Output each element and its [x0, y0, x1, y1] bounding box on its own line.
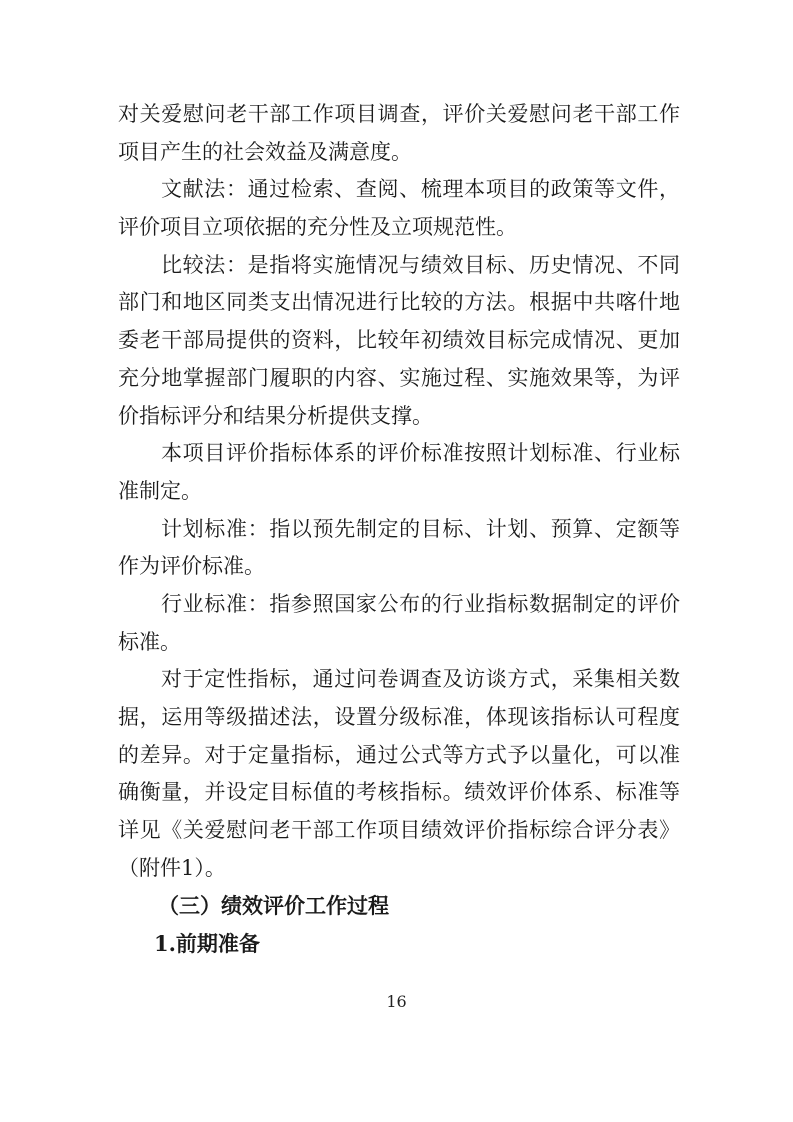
text-line: 文献法：通过检索、查阅、梳理本项目的政策等文件， — [118, 171, 680, 209]
body-text: 对关爱慰问老干部工作项目调查，评价关爱慰问老干部工作 项目产生的社会效益及满意度… — [118, 96, 680, 963]
text-line: 详见《关爱慰问老干部工作项目绩效评价指标综合评分表》 — [118, 812, 680, 850]
text-line: 行业标准：指参照国家公布的行业指标数据制定的评价 — [118, 586, 680, 624]
text-line: 的差异。对于定量指标，通过公式等方式予以量化，可以准 — [118, 737, 680, 775]
text-line: 价指标评分和结果分析提供支撑。 — [118, 398, 680, 436]
text-line: 标准。 — [118, 624, 680, 662]
text-line: 评价项目立项依据的充分性及立项规范性。 — [118, 209, 680, 247]
text-line: 确衡量，并设定目标值的考核指标。绩效评价体系、标准等 — [118, 774, 680, 812]
text-line: 比较法：是指将实施情况与绩效目标、历史情况、不同 — [118, 247, 680, 285]
text-line: 对于定性指标，通过问卷调查及访谈方式，采集相关数 — [118, 661, 680, 699]
section-heading: （三）绩效评价工作过程 — [118, 887, 680, 925]
text-line: 委老干部局提供的资料，比较年初绩效目标完成情况、更加 — [118, 322, 680, 360]
text-line: 部门和地区同类支出情况进行比较的方法。根据中共喀什地 — [118, 284, 680, 322]
text-line: 作为评价标准。 — [118, 548, 680, 586]
page-number: 16 — [0, 992, 793, 1012]
text-line: 本项目评价指标体系的评价标准按照计划标准、行业标 — [118, 435, 680, 473]
text-line: （附件1）。 — [118, 850, 680, 888]
text-line: 计划标准：指以预先制定的目标、计划、预算、定额等 — [118, 511, 680, 549]
subsection-heading: 1.前期准备 — [118, 925, 680, 963]
text-line: 据，运用等级描述法，设置分级标准，体现该指标认可程度 — [118, 699, 680, 737]
document-page: 对关爱慰问老干部工作项目调查，评价关爱慰问老干部工作 项目产生的社会效益及满意度… — [0, 0, 793, 1122]
text-line: 项目产生的社会效益及满意度。 — [118, 134, 680, 172]
text-line: 对关爱慰问老干部工作项目调查，评价关爱慰问老干部工作 — [118, 96, 680, 134]
text-line: 准制定。 — [118, 473, 680, 511]
text-line: 充分地掌握部门履职的内容、实施过程、实施效果等，为评 — [118, 360, 680, 398]
